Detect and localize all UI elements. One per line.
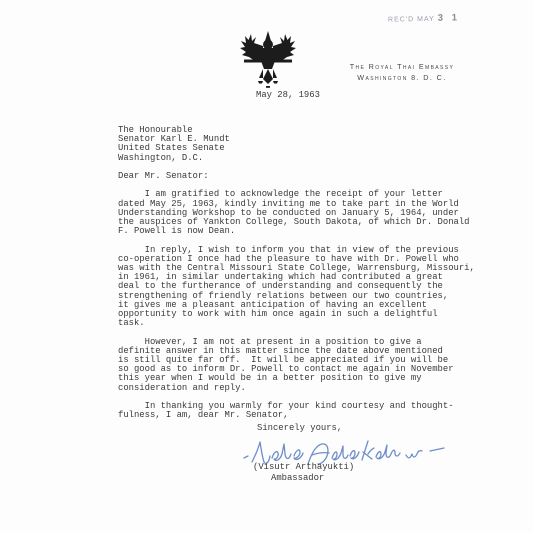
paragraph-3: However, I am not at present in a positi…: [118, 338, 484, 393]
received-stamp: REC'D MAY3 1: [388, 12, 460, 24]
closing-line: Sincerely yours,: [257, 424, 342, 433]
letter-body: The Honourable Senator Karl E. Mundt Uni…: [118, 126, 484, 420]
date-line: May 28, 1963: [256, 91, 320, 100]
paragraph-2: In reply, I wish to inform you that in v…: [118, 246, 484, 329]
paragraph-4: In thanking you warmly for your kind cou…: [118, 402, 484, 420]
letterhead-embassy-line: The Royal Thai Embassy: [338, 62, 466, 73]
salutation: Dear Mr. Senator:: [118, 172, 484, 181]
paragraph-1: I am gratified to acknowledge the receip…: [118, 190, 484, 236]
received-stamp-text: REC'D MAY: [388, 16, 435, 24]
recipient-address: The Honourable Senator Karl E. Mundt Uni…: [118, 126, 484, 163]
letter-page: REC'D MAY3 1 The Royal Thai Embassy Wash…: [0, 0, 533, 533]
letterhead-city-line: Washington 8. D. C.: [338, 73, 466, 84]
garuda-emblem-icon: [239, 31, 297, 89]
received-stamp-day: 3 1: [438, 12, 460, 23]
signer-title: Ambassador: [271, 474, 324, 483]
letterhead: The Royal Thai Embassy Washington 8. D. …: [338, 62, 466, 83]
signer-typed-name: (Visutr Arthayukti): [253, 463, 354, 472]
